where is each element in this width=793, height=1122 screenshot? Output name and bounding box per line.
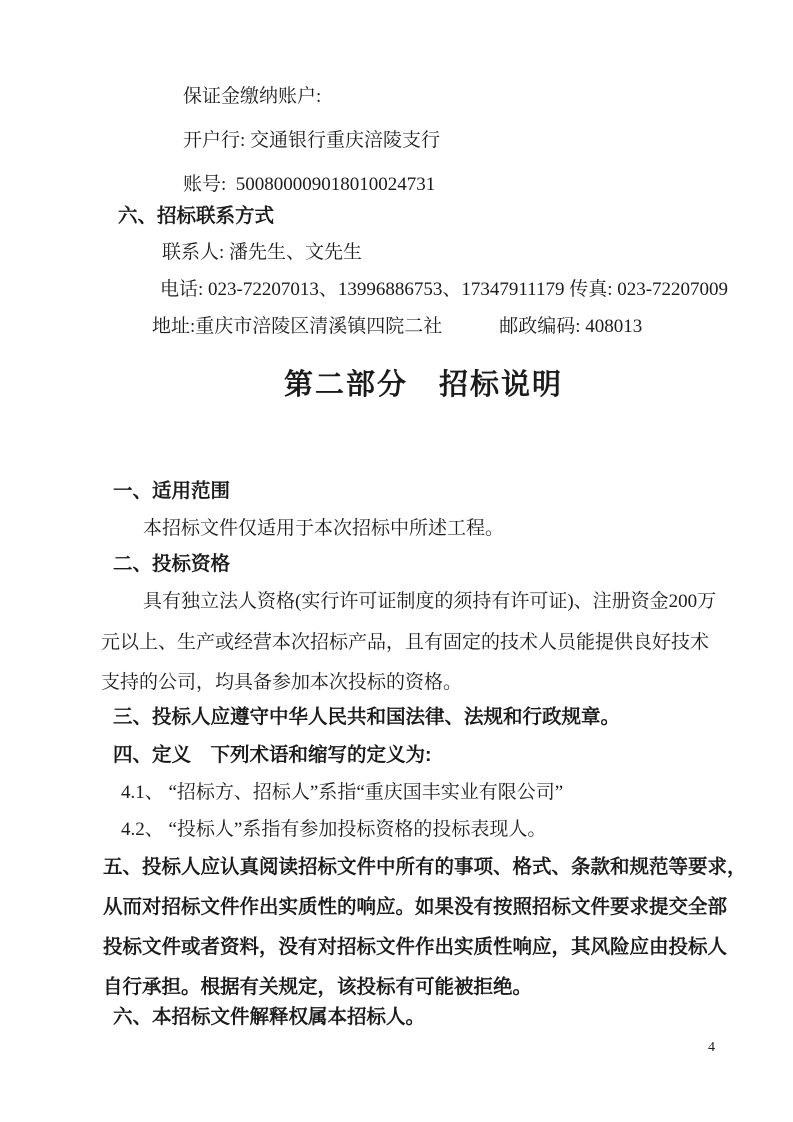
section5-paragraph: 五、投标人应认真阅读招标文件中所有的事项、格式、条款和规范等要求， 从而对招标文…: [103, 847, 747, 1007]
definition-item-41: 4.1、 “招标方、招标人”系指“重庆国丰实业有限公司”: [121, 782, 563, 804]
section5-line-1: 五、投标人应认真阅读招标文件中所有的事项、格式、条款和规范等要求，: [103, 847, 747, 887]
section5-line-4: 自行承担。根据有关规定，该投标有可能被拒绝。: [103, 967, 747, 1007]
section2-paragraph: 具有独立法人资格(实行许可证制度的须持有许可证)、注册资金200万 元以上、生产…: [101, 582, 716, 704]
section3-heading: 三、投标人应遵守中华人民共和国法律、法规和行政规章。: [113, 706, 620, 728]
section5-line-3: 投标文件或者资料，没有对招标文件作出实质性响应，其风险应由投标人: [103, 927, 747, 967]
section1-body: 本招标文件仅适用于本次招标中所述工程。: [143, 518, 504, 540]
page-number: 4: [708, 1040, 715, 1056]
section2-line-3: 支持的公司，均具备参加本次投标的资格。: [101, 663, 716, 704]
section2-heading: 二、投标资格: [113, 553, 230, 575]
bank-line: 开户行: 交通银行重庆涪陵支行: [183, 130, 440, 152]
document-page: 保证金缴纳账户: 开户行: 交通银行重庆涪陵支行 账号: 50080000901…: [0, 0, 793, 1122]
section6-heading: 六、本招标文件解释权属本招标人。: [113, 1006, 425, 1028]
address-line: 地址:重庆市涪陵区清溪镇四院二社 邮政编码: 408013: [152, 316, 642, 338]
section5-line-2: 从而对招标文件作出实质性的响应。如果没有按照招标文件要求提交全部: [103, 887, 747, 927]
deposit-account-line: 保证金缴纳账户:: [183, 86, 321, 108]
section1-heading: 一、适用范围: [113, 480, 230, 502]
part-title: 第二部分 招标说明: [54, 362, 793, 403]
section4-heading: 四、定义 下列术语和缩写的定义为:: [113, 744, 432, 766]
definition-item-42: 4.2、 “投标人”系指有参加投标资格的投标表现人。: [121, 819, 546, 841]
contact-section-heading: 六、招标联系方式: [118, 205, 274, 227]
section2-line-2: 元以上、生产或经营本次招标产品，且有固定的技术人员能提供良好技术: [101, 623, 716, 664]
account-number-line: 账号: 500800009018010024731: [183, 174, 435, 196]
phone-fax-line: 电话: 023-72207013、13996886753、17347911179…: [160, 279, 728, 301]
section2-line-1: 具有独立法人资格(实行许可证制度的须持有许可证)、注册资金200万: [101, 582, 716, 623]
contact-person-line: 联系人: 潘先生、文先生: [162, 242, 362, 264]
